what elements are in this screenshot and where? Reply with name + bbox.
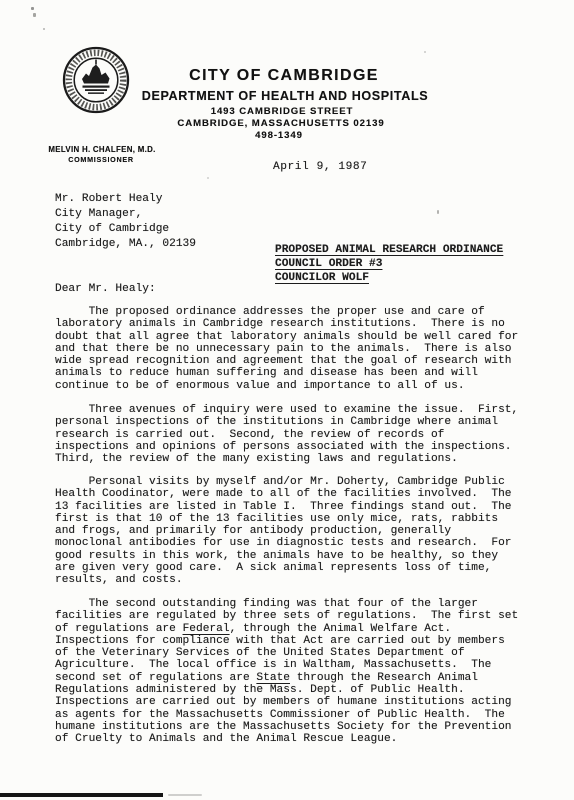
paragraph-line: Health Coodinator, were made to all of t…: [55, 488, 541, 500]
paragraph-line: laboratory animals in Cambridge research…: [55, 318, 541, 330]
recipient-line: Cambridge, MA., 02139: [55, 237, 196, 252]
paragraph-line: are given very good care. A sick animal …: [55, 562, 541, 574]
phone-number: 498-1349: [255, 130, 303, 141]
paragraph-line: Inspections are carried out by members o…: [55, 696, 541, 708]
body-paragraph: Three avenues of inquiry were used to ex…: [55, 404, 541, 465]
paragraph-line: and frogs, and primarily for antibody pr…: [55, 525, 541, 537]
paragraph-line: facilities are regulated by three sets o…: [55, 610, 541, 622]
paragraph-line: research is carried out. Second, the rev…: [55, 429, 541, 441]
paragraph-line: Third, the review of the many existing l…: [55, 453, 541, 465]
paragraph-line: Regulations administered by the Mass. De…: [55, 684, 541, 696]
city-state-zip: CAMBRIDGE, MASSACHUSETTS 02139: [177, 118, 384, 129]
paragraph-line: monoclonal antibodies for use in diagnos…: [55, 537, 541, 549]
paragraph-line: wide spread recognition and agreement th…: [55, 355, 541, 367]
recipient-line: Mr. Robert Healy: [55, 192, 196, 207]
body-paragraph: The second outstanding finding was that …: [55, 598, 541, 746]
paragraph-line: doubt that all agree that laboratory ani…: [55, 331, 541, 343]
scan-speck: [33, 13, 36, 17]
scan-speck: [437, 210, 439, 214]
paragraph-line: of Cruelty to Animals and the Animal Res…: [55, 733, 541, 745]
letter-page: CITY OF CAMBRIDGE DEPARTMENT OF HEALTH A…: [0, 0, 574, 800]
official-title: COMMISSIONER: [68, 155, 134, 164]
department-name: DEPARTMENT OF HEALTH AND HOSPITALS: [142, 89, 429, 103]
paragraph-line: Personal visits by myself and/or Mr. Doh…: [55, 476, 541, 488]
body-paragraph: The proposed ordinance addresses the pro…: [55, 306, 541, 392]
paragraph-line: of the Veterinary Services of the United…: [55, 647, 541, 659]
paragraph-line: Inspections for compliance with that Act…: [55, 635, 541, 647]
paragraph-line: continue to be of enormous value and imp…: [55, 380, 541, 392]
paragraph-line: good results in this work, the animals h…: [55, 550, 541, 562]
subject-line: COUNCILOR WOLF: [275, 271, 503, 285]
paragraph-line: 13 facilities are listed in Table I. Thr…: [55, 501, 541, 513]
paragraph-line: first is that 10 of the 13 facilities us…: [55, 513, 541, 525]
paragraph-line: The proposed ordinance addresses the pro…: [55, 306, 541, 318]
org-name: CITY OF CAMBRIDGE: [189, 67, 379, 85]
scan-speck: [424, 51, 426, 53]
subject-line: PROPOSED ANIMAL RESEARCH ORDINANCE: [275, 243, 503, 257]
street-address: 1493 CAMBRIDGE STREET: [211, 106, 354, 117]
subject-line: COUNCIL ORDER #3: [275, 257, 503, 271]
paragraph-line: humane institutions are the Massachusett…: [55, 721, 541, 733]
paragraph-line: Agriculture. The local office is in Walt…: [55, 659, 541, 671]
paragraph-line: and that there be no unnecessary pain to…: [55, 343, 541, 355]
subject-block: PROPOSED ANIMAL RESEARCH ORDINANCECOUNCI…: [275, 243, 503, 286]
recipient-line: City of Cambridge: [55, 222, 196, 237]
scan-speck: [31, 7, 34, 10]
paragraph-line: of regulations are Federal, through the …: [55, 623, 541, 635]
official-name: MELVIN H. CHALFEN, M.D.: [48, 145, 155, 154]
paragraph-line: inspections and opinions of persons asso…: [55, 441, 541, 453]
scan-artifact-smudge: [168, 794, 202, 797]
salutation: Dear Mr. Healy:: [55, 283, 156, 295]
letter-date: April 9, 1987: [273, 161, 367, 173]
recipient-address: Mr. Robert HealyCity Manager,City of Cam…: [55, 192, 196, 252]
paragraph-line: The second outstanding finding was that …: [55, 598, 541, 610]
paragraph-line: personal inspections of the institutions…: [55, 416, 541, 428]
scan-speck: [43, 28, 45, 30]
paragraph-line: animals to reduce human suffering and di…: [55, 367, 541, 379]
scan-artifact-bar: [0, 793, 163, 797]
city-seal-icon: [61, 45, 131, 115]
recipient-line: City Manager,: [55, 207, 196, 222]
paragraph-line: as agents for the Massachusetts Commissi…: [55, 709, 541, 721]
body-paragraph: Personal visits by myself and/or Mr. Doh…: [55, 476, 541, 587]
paragraph-line: results, and costs.: [55, 574, 541, 586]
paragraph-line: Three avenues of inquiry were used to ex…: [55, 404, 541, 416]
scan-speck: [207, 177, 209, 179]
paragraph-line: second set of regulations are State thro…: [55, 672, 541, 684]
